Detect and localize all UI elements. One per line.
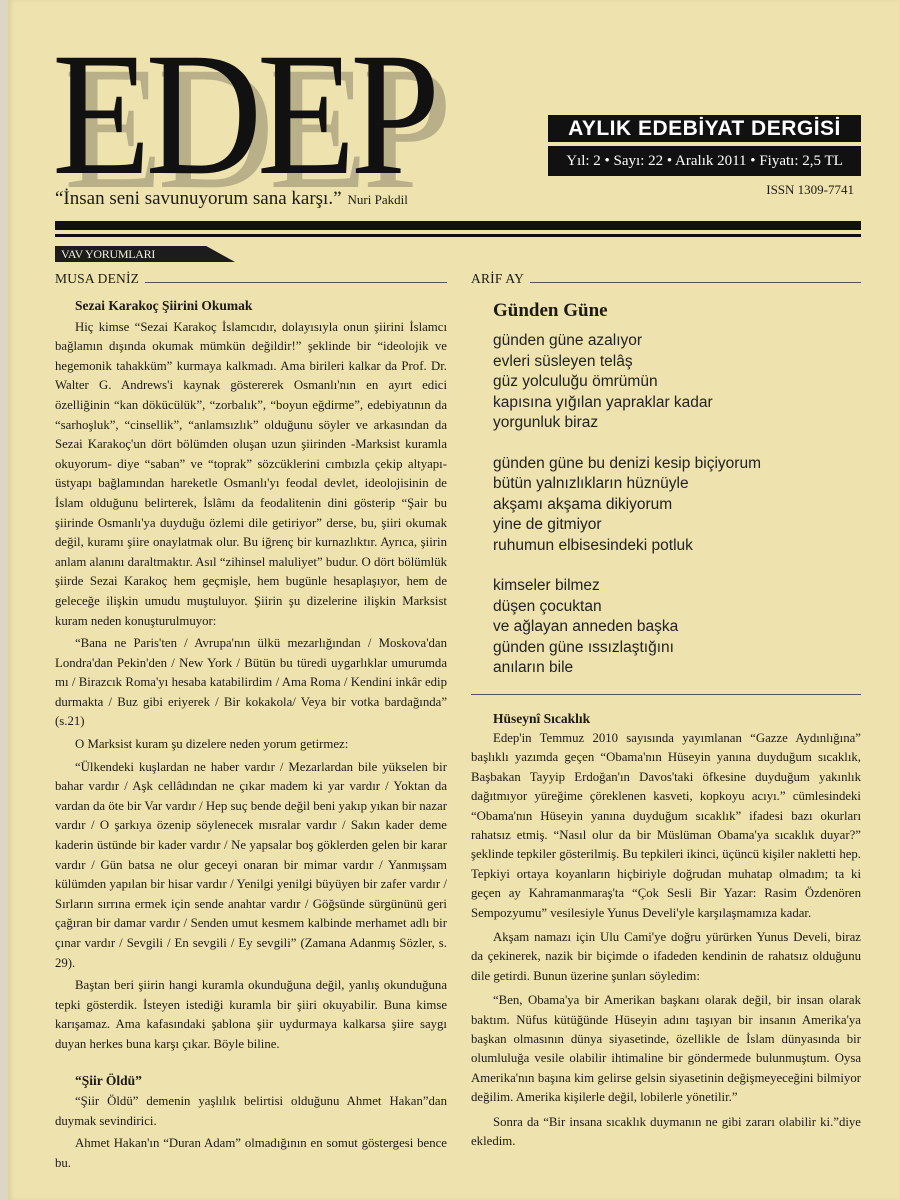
paragraph: “Bana ne Paris'ten / Avrupa'nın ülkü mez… xyxy=(55,634,447,732)
poem-line: güz yolculuğu ömrümün xyxy=(493,372,861,393)
right-column: Günden Güne günden güne azalıyor evleri … xyxy=(471,300,861,1151)
paragraph: Hiç kimse “Sezai Karakoç İslamcıdır, dol… xyxy=(55,318,447,632)
poem-line: düşen çocuktan xyxy=(493,597,861,618)
poem-stanza: günden güne bu denizi kesip biçiyorum bü… xyxy=(493,454,861,557)
issue-info: Yıl: 2 • Sayı: 22 • Aralık 2011 • Fiyatı… xyxy=(548,146,861,176)
author-name: ARİF AY xyxy=(471,271,524,287)
poem-stanza: günden güne azalıyor evleri süsleyen tel… xyxy=(493,331,861,434)
paragraph: “Ben, Obama'ya bir Amerikan başkanı olar… xyxy=(471,991,861,1107)
paragraph: O Marksist kuram şu dizelere neden yorum… xyxy=(55,735,447,755)
section-divider xyxy=(471,694,861,695)
poem-line: kapısına yığılan yapraklar kadar xyxy=(493,393,861,414)
poem-line: bütün yalnızlıkların hüznüyle xyxy=(493,474,861,495)
header-rule-thick xyxy=(55,221,861,230)
logo-text: EDEP xyxy=(52,40,435,190)
issn: ISSN 1309-7741 xyxy=(766,182,854,198)
poem-line: ve ağlayan anneden başka xyxy=(493,617,861,638)
essay-title: Hüseynî Sıcaklık xyxy=(471,709,861,728)
masthead-quote: “İnsan seni savunuyorum sana karşı.”Nuri… xyxy=(55,188,408,210)
poem-line: ruhumun elbisesindeki potluk xyxy=(493,536,861,557)
magazine-subtitle: AYLIK EDEBİYAT DERGİSİ xyxy=(548,115,861,142)
author-byline-left: MUSA DENİZ xyxy=(55,271,447,287)
author-name: MUSA DENİZ xyxy=(55,271,139,287)
poem-line: yine de gitmiyor xyxy=(493,515,861,536)
masthead-logo: EDEP EDEP xyxy=(52,40,572,190)
paragraph: Sonra da “Bir insana sıcaklık duymanın n… xyxy=(471,1113,861,1152)
left-column: Sezai Karakoç Şiirini Okumak Hiç kimse “… xyxy=(55,296,447,1174)
paragraph: “Şiir Öldü” demenin yaşlılık belirtisi o… xyxy=(55,1092,447,1131)
paragraph: Edep'in Temmuz 2010 sayısında yayımlanan… xyxy=(471,729,861,923)
paragraph: “Ülkendeki kuşlardan ne haber vardır / M… xyxy=(55,758,447,974)
magazine-page: EDEP EDEP AYLIK EDEBİYAT DERGİSİ Yıl: 2 … xyxy=(8,0,898,1200)
byline-rule xyxy=(145,282,447,283)
quote-text: “İnsan seni savunuyorum sana karşı.” xyxy=(55,188,342,209)
article-title: “Şiir Öldü” xyxy=(55,1071,447,1091)
poem-line: günden güne ıssızlaştığını xyxy=(493,638,861,659)
poem-line: anıların bile xyxy=(493,658,861,679)
paragraph: Akşam namazı için Ulu Cami'ye doğru yürü… xyxy=(471,928,861,986)
paragraph: Ahmet Hakan'ın “Duran Adam” olmadığının … xyxy=(55,1134,447,1173)
poem-title: Günden Güne xyxy=(493,300,861,322)
byline-rule xyxy=(530,282,861,283)
header-rule-thin xyxy=(55,234,861,237)
essay: Hüseynî Sıcaklık Edep'in Temmuz 2010 say… xyxy=(471,709,861,1152)
poem-stanza: kimseler bilmez düşen çocuktan ve ağlaya… xyxy=(493,576,861,679)
poem-line: günden güne azalıyor xyxy=(493,331,861,352)
paragraph: Baştan beri şiirin hangi kuramla okunduğ… xyxy=(55,976,447,1054)
poem-line: günden güne bu denizi kesip biçiyorum xyxy=(493,454,861,475)
author-byline-right: ARİF AY xyxy=(471,271,861,287)
poem-line: yorgunluk biraz xyxy=(493,413,861,434)
poem-line: akşamı akşama dikiyorum xyxy=(493,495,861,516)
article-title: Sezai Karakoç Şiirini Okumak xyxy=(55,296,447,316)
poem-line: evleri süsleyen telâş xyxy=(493,352,861,373)
quote-author: Nuri Pakdil xyxy=(348,192,408,207)
section-tag: VAV YORUMLARI xyxy=(55,246,235,262)
poem-line: kimseler bilmez xyxy=(493,576,861,597)
